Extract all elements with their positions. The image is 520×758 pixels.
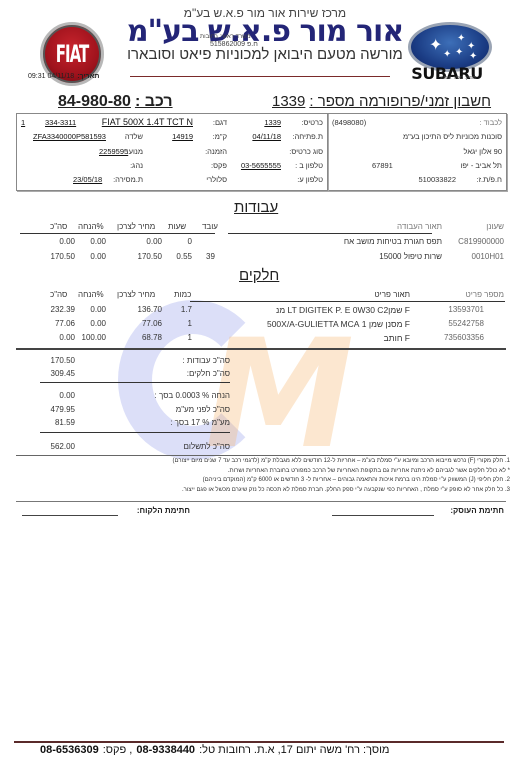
labor-total: 170.50 <box>20 252 75 261</box>
labor-code: C819900000 <box>458 237 504 246</box>
tax-id-label: ח.פ/ת.ז: <box>477 175 502 184</box>
footer-address-text: מוסך: רח' משה יתום 17, א.ת. רחובות טל: <box>199 744 389 756</box>
col-description: תאור העבודה <box>397 222 442 231</box>
vehicle-title: רכב : 84-980-80 <box>58 93 173 111</box>
part-number: 13593701 <box>448 305 484 314</box>
labor-price: 170.50 <box>110 252 162 261</box>
fax-label: פקס: <box>211 161 227 170</box>
labor-header-rule <box>20 233 215 234</box>
parts-end-rule <box>16 348 506 350</box>
vehicle-index: 1 <box>21 118 25 127</box>
invoice-label: חשבון זמני/פרופורמה מספר : <box>309 93 491 110</box>
col-part-price: מחיר לצרכן <box>117 290 155 299</box>
company-office: משרד ראשי: רחובות <box>200 34 251 40</box>
totals-rule <box>40 432 230 433</box>
footer-fax: 08-6536309 <box>40 744 99 756</box>
part-description: F מסנן שמן 1 500X/A-GULIETTA MCA <box>267 319 410 329</box>
to-label: לכבוד : <box>479 118 502 127</box>
dealer-signature-line[interactable] <box>332 515 434 516</box>
km: 14919 <box>172 132 193 141</box>
driver-label: נהג: <box>130 161 143 170</box>
part-price: 68.78 <box>110 333 162 342</box>
grand-total-label: סה"כ לתשלום <box>183 442 230 451</box>
labor-header-rule <box>228 233 432 234</box>
star-icon: ✦ <box>455 47 463 58</box>
part-number: 735603356 <box>444 333 484 342</box>
note-item: 1. חלק מקורי (F) נרכש מייבוא הרכב ומיובא… <box>70 457 510 467</box>
engine: 2259595 <box>99 147 128 156</box>
total-parts: 309.45 <box>20 369 75 378</box>
customer-code: (8498080) <box>332 118 366 127</box>
dealer-signature-label: חתימת העוסק: <box>450 506 504 515</box>
star-icon: ✦ <box>469 51 477 62</box>
col-qty: כמות <box>174 290 191 299</box>
customer-signature-line[interactable] <box>22 515 118 516</box>
notes-bottom-rule <box>16 501 506 502</box>
star-icon: ✦ <box>443 49 451 60</box>
parts-header-rule <box>190 301 505 302</box>
labor-description: תפס חגורת בטיחות מושב אח <box>344 237 442 246</box>
card-type-label: סוג כרטיס: <box>289 147 323 156</box>
part-price: 77.06 <box>110 319 162 328</box>
footer-address: מוסך: רח' משה יתום 17, א.ת. רחובות טל: 0… <box>40 744 505 756</box>
vehicle-box: כרטיס: 1339 ת.פתיחה: 04/11/18 סוג כרטיס:… <box>16 113 328 191</box>
company-name: אור מור פ.א.ש בע"מ <box>120 14 410 49</box>
parts-section-title: חלקים <box>239 267 279 284</box>
footer-phone: 08-9338440 <box>136 744 195 756</box>
part-total: 77.06 <box>20 319 75 328</box>
phone-b-label: טלפון ב : <box>295 161 323 170</box>
engine-label: מנוע: <box>127 147 143 156</box>
total-before-vat: 479.95 <box>20 405 75 414</box>
part-description: F שמןLT DIGITEK P. E 0W30 C2 מנ <box>276 305 410 315</box>
model: FIAT 500X 1.4T TCT N <box>102 117 193 127</box>
fiat-logo-text: FIAT <box>56 40 89 69</box>
chassis-label: שלדה <box>125 132 143 141</box>
total-vat-label: מע"מ % 17 בסך : <box>170 418 230 427</box>
customer-name: סוכנות מכוניות ליס התיכון בע"מ <box>403 132 502 141</box>
customer-box: לכבוד : (8498080) סוכנות מכוניות ליס התי… <box>327 113 507 191</box>
total-discount: 0.00 <box>20 391 75 400</box>
header-divider <box>130 76 390 77</box>
footer-fax-label: , פקס: <box>103 744 133 756</box>
col-part-no: מספר פריט <box>466 290 505 299</box>
model-code: 334-3311 <box>45 118 76 127</box>
note-item: 2. חלק חליפי (J) המשווק ע"י סמלת הינו בר… <box>70 476 510 486</box>
customer-zip: 67891 <box>372 161 393 170</box>
chassis: ZFA3340000P581593 <box>33 132 106 141</box>
date-value: 09:31 04/11/18 <box>28 73 74 80</box>
company-tagline: מורשה מטעם היבואן למכוניות פיאט וסובארו <box>120 46 410 63</box>
notes-top-rule <box>16 455 506 456</box>
labor-section-title: עבודות <box>234 199 278 216</box>
part-total: 0.00 <box>20 333 75 342</box>
col-part-total: סה"כ <box>50 290 67 299</box>
col-total: סה"כ <box>50 222 67 231</box>
col-price: מחיר לצרכן <box>117 222 155 231</box>
part-total: 232.39 <box>20 305 75 314</box>
labor-worker: 39 <box>206 252 215 261</box>
delivery-date: 23/05/18 <box>73 175 102 184</box>
col-hours: שעות <box>168 222 186 231</box>
customer-signature-label: חתימת הלקוח: <box>137 506 190 515</box>
totals-rule <box>40 382 230 383</box>
total-labor: 170.50 <box>20 356 75 365</box>
labor-price: 0.00 <box>110 237 162 246</box>
part-price: 136.70 <box>110 305 162 314</box>
star-icon: ✦ <box>429 35 442 55</box>
note-item: 3. כל חלק אחר לא סופק ע"י סמלת , האחריות… <box>70 486 510 496</box>
phone-b: 03-5655555 <box>241 161 281 170</box>
phone-e-label: טלפון ע: <box>297 175 323 184</box>
model-label: דגם: <box>213 118 227 127</box>
labor-description: שרות טיפול 15000 <box>379 252 442 261</box>
total-labor-label: סה"כ עבודות : <box>182 356 230 365</box>
vehicle-number: 84-980-80 <box>58 93 131 111</box>
total-before-vat-label: סה"כ לפני מע"מ <box>176 405 230 414</box>
col-worker: עובד <box>202 222 218 231</box>
total-discount-label: הנחה % 0.0003 בסך : <box>155 391 230 400</box>
col-part-discount: %הנחה <box>78 290 104 299</box>
part-description: F חותב <box>384 333 410 343</box>
invoice-number: 1339 <box>272 93 305 110</box>
customer-city: תל אביב - יפו <box>460 161 502 170</box>
col-discount: %הנחה <box>78 222 104 231</box>
order-label: הזמנה: <box>205 147 227 156</box>
opened-label: ת.פתיחה: <box>292 132 323 141</box>
total-parts-label: סה"כ חלקים: <box>187 369 230 378</box>
note-item: * לא כולל חלקים אשר לגביהם לא ניתנת אחרי… <box>70 467 510 477</box>
km-label: ק"מ: <box>213 132 227 141</box>
cellular-label: סלולרי <box>206 175 227 184</box>
print-date: תאריך: 09:31 04/11/18 <box>28 73 128 80</box>
vehicle-label: רכב : <box>135 93 173 111</box>
labor-code: 0010H01 <box>472 252 504 261</box>
star-icon: ✦ <box>457 33 465 44</box>
col-code: שעונן <box>486 222 504 231</box>
delivery-label: ת.מסירה: <box>113 175 143 184</box>
invoice-title: חשבון זמני/פרופורמה מספר : 1339 <box>272 93 491 110</box>
opened-date: 04/11/18 <box>252 132 281 141</box>
card-number: 1339 <box>264 118 281 127</box>
publisher-label: מפיק: טפיר אוזגיג <box>440 75 477 81</box>
grand-total: 562.00 <box>20 442 75 451</box>
tax-id: 510033822 <box>418 175 456 184</box>
col-part-description: תאור פריט <box>374 290 410 299</box>
total-vat: 81.59 <box>20 418 75 427</box>
footer-divider <box>14 741 504 743</box>
customer-street: 90 אלון יגאל <box>464 147 502 156</box>
card-label: כרטיס: <box>301 118 323 127</box>
part-number: 55242758 <box>448 319 484 328</box>
labor-total: 0.00 <box>20 237 75 246</box>
warranty-notes: 1. חלק מקורי (F) נרכש מייבוא הרכב ומיובא… <box>70 457 510 495</box>
date-label: תאריך: <box>77 73 99 80</box>
